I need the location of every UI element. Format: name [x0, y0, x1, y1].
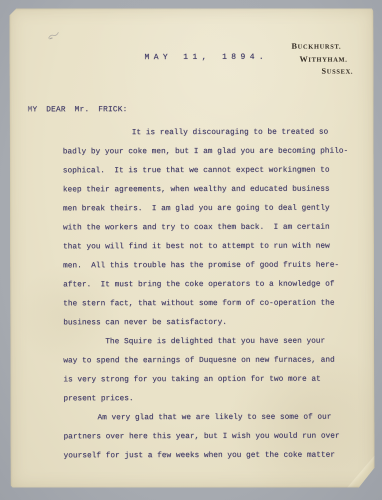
- paragraph: It is really discouraging to be treated …: [63, 124, 364, 334]
- letter-line: that you will find it best not to attemp…: [63, 238, 363, 258]
- paragraph: The Squire is delighted that you have se…: [63, 333, 363, 410]
- letter-line: It is really discouraging to be treated …: [63, 124, 363, 144]
- letterhead-line-buckhurst: BUCKHURST.: [291, 41, 353, 54]
- letterhead-line-withyham: WITHYHAM.: [299, 53, 353, 66]
- letterhead: BUCKHURST. WITHYHAM. SUSSEX.: [291, 41, 353, 79]
- letter-line: sophical. It is true that we cannot expe…: [63, 162, 363, 182]
- letter-line: is very strong for you taking an option …: [63, 371, 363, 391]
- letter-line: the stern fact, that without some form o…: [63, 295, 363, 315]
- letter-line: with the workers and try to coax them ba…: [63, 219, 363, 239]
- letter-line: business can never be satisfactory.: [63, 314, 363, 334]
- pencil-mark: [45, 28, 63, 42]
- letter-line: partners over here this year, but I wish…: [63, 428, 363, 448]
- photo-background: MAY 11, 1894. BUCKHURST. WITHYHAM. SUSSE…: [0, 0, 382, 500]
- letter-body: It is really discouraging to be treated …: [63, 124, 364, 467]
- letter-line: The Squire is delighted that you have se…: [63, 333, 363, 353]
- letter-line: present prices.: [63, 390, 363, 410]
- letter-line: Am very glad that we are likely to see s…: [63, 409, 363, 429]
- letter-line: men break theirs. I am glad you are goin…: [63, 200, 363, 220]
- letter-line: men. All this trouble has the promise of…: [63, 257, 363, 277]
- letter-line: after. It must bring the coke operators …: [63, 276, 363, 296]
- date-line: MAY 11, 1894.: [144, 53, 268, 62]
- paragraph: Am very glad that we are likely to see s…: [63, 409, 363, 467]
- letter-line: badly by your coke men, but I am glad yo…: [63, 143, 363, 163]
- letter-paper: MAY 11, 1894. BUCKHURST. WITHYHAM. SUSSE…: [9, 8, 374, 489]
- letterhead-line-sussex: SUSSEX.: [322, 66, 354, 79]
- letter-line: way to spend the earnings of Duquesne on…: [63, 352, 363, 372]
- letter-line: yourself for just a few weeks when you g…: [64, 447, 364, 467]
- letter-line: keep their agreements, when wealthy and …: [63, 181, 363, 201]
- corner-fold: [347, 456, 375, 488]
- salutation: MY DEAR Mr. FRICK:: [28, 106, 128, 114]
